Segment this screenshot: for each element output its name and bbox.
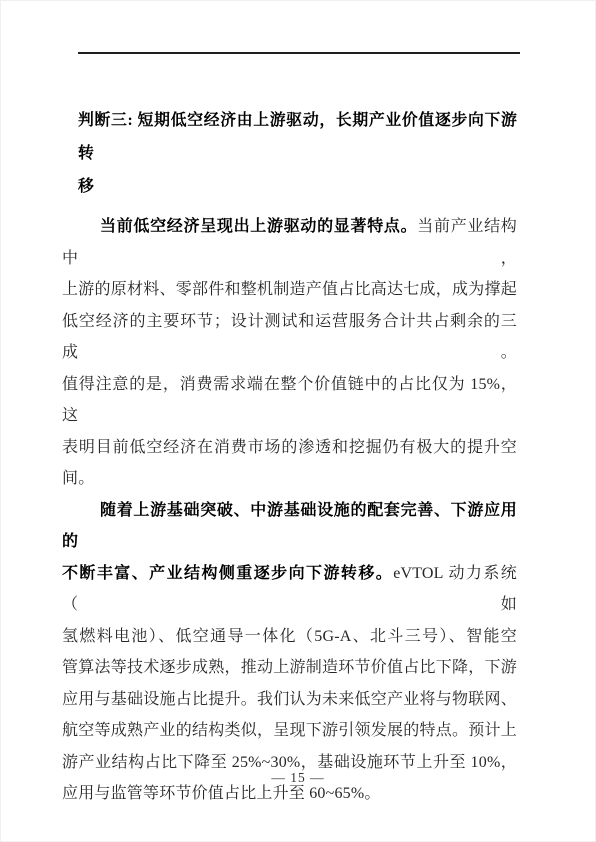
regular-text: 值得注意的是，消费需求端在整个价值链中的占比仅为 15%，这: [62, 376, 517, 425]
text-line: 管算法等技术逐步成熟，推动上游制造环节价值占比下降，下游: [62, 652, 517, 684]
regular-text: 航空等成熟产业的结构类似，呈现下游引领发展的特点。预计上: [62, 722, 517, 739]
page-number-text: — 15 —: [271, 770, 324, 785]
regular-text: 应用与监管等环节价值占比上升至 60~65%。: [62, 785, 381, 802]
bold-text: 不断丰富、产业结构侧重逐步向下游转移。: [62, 565, 393, 582]
document-page: { "page_number": "— 15 —", "heading": { …: [0, 0, 596, 842]
regular-text: 游产业结构占比下降至 25%~30%，基础设施环节上升至 10%，: [62, 754, 517, 771]
text-line: 值得注意的是，消费需求端在整个价值链中的占比仅为 15%，这: [62, 369, 517, 432]
text-line: 氢燃料电池）、低空通导一体化（5G-A、北斗三号）、智能空: [62, 621, 517, 653]
text-line: 表明目前低空经济在消费市场的渗透和挖掘仍有极大的提升空: [62, 432, 517, 464]
text-line: 判断三: 短期低空经济由上游驱动，长期产业价值逐步向下游转: [78, 104, 517, 170]
text-line: 应用与基础设施占比提升。我们认为未来低空产业将与物联网、: [62, 684, 517, 716]
text-line: 当前低空经济呈现出上游驱动的显著特点。当前产业结构中，: [62, 211, 517, 274]
bold-text: 移: [78, 178, 94, 195]
regular-text: 管算法等技术逐步成熟，推动上游制造环节价值占比下降，下游: [62, 659, 517, 676]
page-number: — 15 —: [0, 770, 596, 786]
text-line: 间。: [62, 463, 517, 495]
regular-text: 氢燃料电池）、低空通导一体化（5G-A、北斗三号）、智能空: [62, 628, 517, 645]
bold-text: 判断三: 短期低空经济由上游驱动，长期产业价值逐步向下游转: [78, 112, 517, 162]
bold-text: 当前低空经济呈现出上游驱动的显著特点。: [100, 218, 417, 235]
bold-text: 随着上游基础突破、中游基础设施的配套完善、下游应用的: [62, 502, 517, 551]
text-line: 低空经济的主要环节；设计测试和运营服务合计共占剩余的三成。: [62, 306, 517, 369]
regular-text: 间。: [62, 470, 94, 487]
text-line: 随着上游基础突破、中游基础设施的配套完善、下游应用的: [62, 495, 517, 558]
page-content: 判断三: 短期低空经济由上游驱动，长期产业价值逐步向下游转移 当前低空经济呈现出…: [62, 104, 517, 810]
paragraph-1: 当前低空经济呈现出上游驱动的显著特点。当前产业结构中，上游的原材料、零部件和整机…: [62, 211, 517, 495]
regular-text: 低空经济的主要环节；设计测试和运营服务合计共占剩余的三成。: [62, 313, 517, 362]
header-rule: [78, 52, 520, 54]
text-line: 航空等成熟产业的结构类似，呈现下游引领发展的特点。预计上: [62, 715, 517, 747]
section-heading: 判断三: 短期低空经济由上游驱动，长期产业价值逐步向下游转移: [78, 104, 517, 203]
regular-text: 应用与基础设施占比提升。我们认为未来低空产业将与物联网、: [62, 691, 517, 708]
regular-text: 上游的原材料、零部件和整机制造产值占比高达七成，成为撑起: [62, 281, 517, 298]
text-line: 上游的原材料、零部件和整机制造产值占比高达七成，成为撑起: [62, 274, 517, 306]
regular-text: 表明目前低空经济在消费市场的渗透和挖掘仍有极大的提升空: [62, 439, 517, 456]
text-line: 移: [78, 170, 517, 203]
paragraph-2: 随着上游基础突破、中游基础设施的配套完善、下游应用的不断丰富、产业结构侧重逐步向…: [62, 495, 517, 810]
text-line: 不断丰富、产业结构侧重逐步向下游转移。eVTOL 动力系统（如: [62, 558, 517, 621]
